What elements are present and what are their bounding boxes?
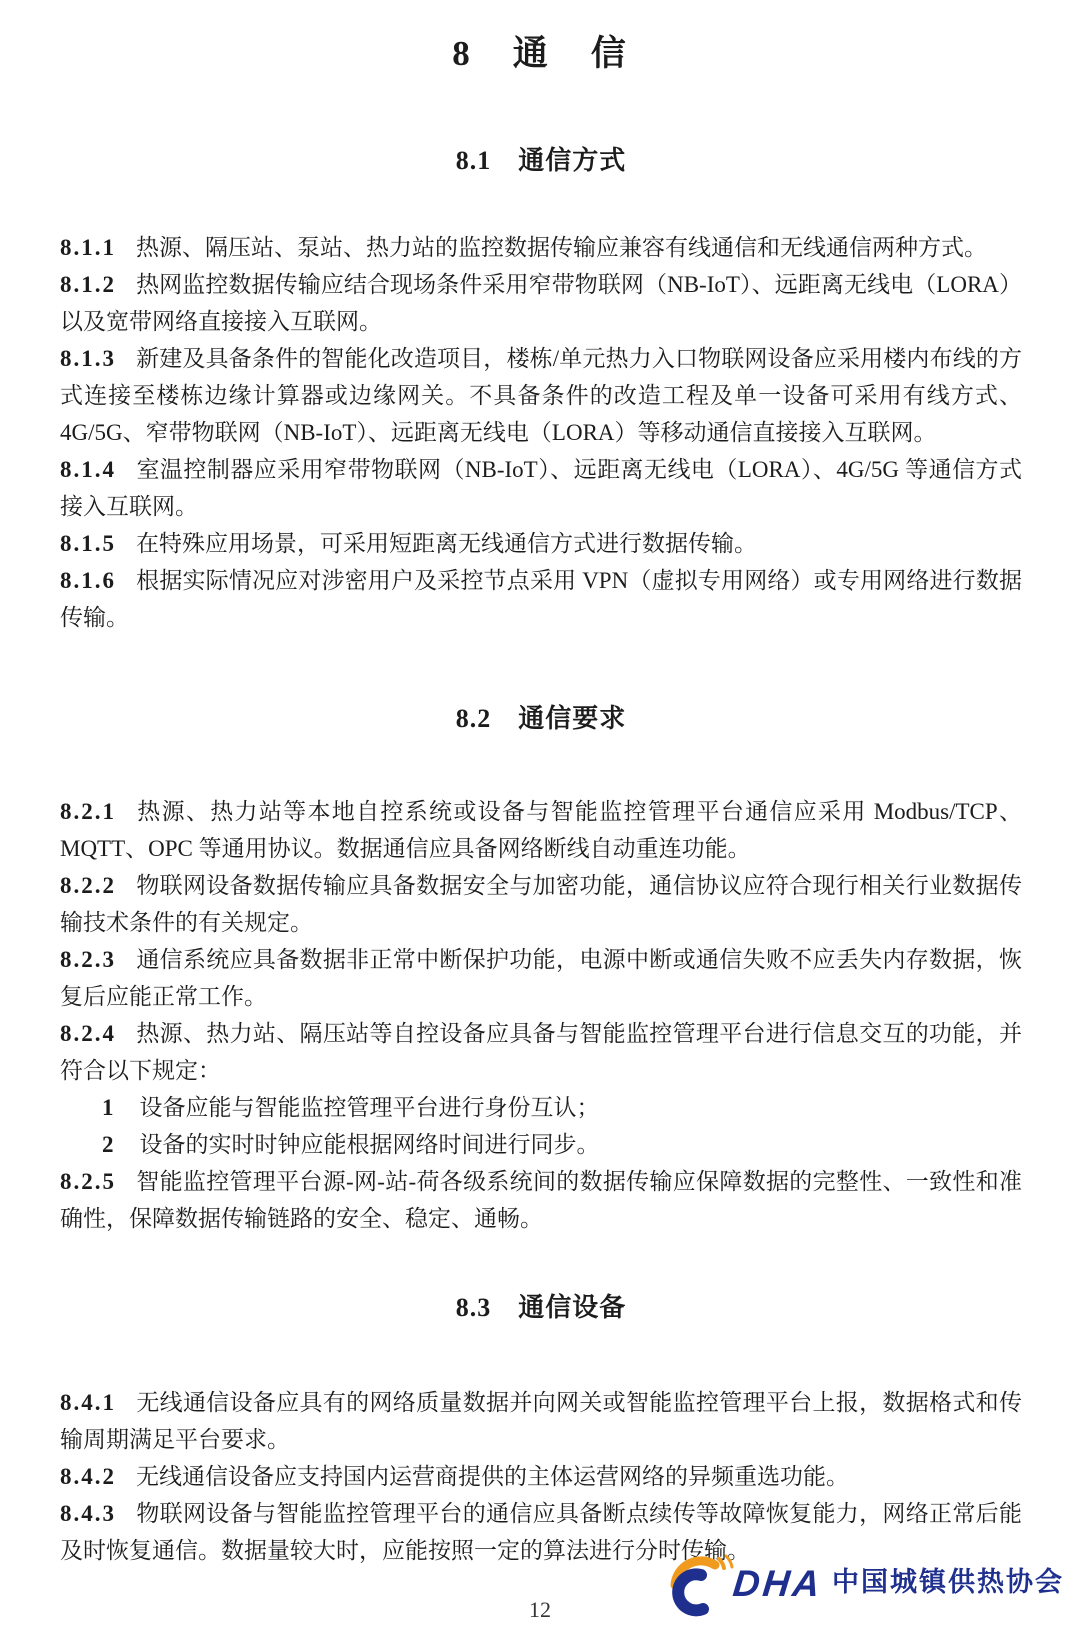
clause-text: 智能监控管理平台源-网-站-荷各级系统间的数据传输应保障数据的完整性、一致性和准… (60, 1169, 1022, 1231)
clause-number: 8.4.3 (60, 1501, 116, 1526)
clause-text: 热网监控数据传输应结合现场条件采用窄带物联网（NB-IoT）、远距离无线电（LO… (60, 272, 1022, 334)
page-number: 12 (529, 1597, 551, 1623)
section-heading-8-2: 8.2 通信要求 (60, 698, 1022, 735)
subclause-8-2-4-1: 1设备应能与智能监控管理平台进行身份互认； (60, 1089, 1022, 1126)
clause-8-1-4: 8.1.4室温控制器应采用窄带物联网（NB-IoT）、远距离无线电（LORA）、… (60, 451, 1022, 525)
clause-number: 8.1.6 (60, 568, 116, 593)
document-page: 8 通 信 8.1 通信方式 8.1.1热源、隔压站、泵站、热力站的监控数据传输… (0, 0, 1080, 1635)
clause-number: 8.1.3 (60, 346, 116, 371)
clause-8-1-1: 8.1.1热源、隔压站、泵站、热力站的监控数据传输应兼容有线通信和无线通信两种方… (60, 229, 1022, 266)
clause-text: 热源、热力站等本地自控系统或设备与智能监控管理平台通信应采用 Modbus/TC… (60, 799, 1022, 861)
cdha-logo: DHA 中国城镇供热协会 (663, 1549, 1064, 1621)
clause-text: 无线通信设备应支持国内运营商提供的主体运营网络的异频重选功能。 (136, 1464, 849, 1489)
clause-8-2-4: 8.2.4热源、热力站、隔压站等自控设备应具备与智能监控管理平台进行信息交互的功… (60, 1015, 1022, 1089)
clause-number: 8.2.4 (60, 1021, 116, 1046)
clause-number: 8.4.2 (60, 1464, 116, 1489)
clause-8-4-2: 8.4.2无线通信设备应支持国内运营商提供的主体运营网络的异频重选功能。 (60, 1458, 1022, 1495)
page-footer: 12 DHA 中国城镇供热协会 (0, 1525, 1080, 1635)
subclause-8-2-4-2: 2设备的实时时钟应能根据网络时间进行同步。 (60, 1126, 1022, 1163)
document-content: 8 通 信 8.1 通信方式 8.1.1热源、隔压站、泵站、热力站的监控数据传输… (0, 0, 1080, 1569)
clause-number: 8.2.3 (60, 947, 116, 972)
clause-8-1-2: 8.1.2热网监控数据传输应结合现场条件采用窄带物联网（NB-IoT）、远距离无… (60, 266, 1022, 340)
clause-8-4-1: 8.4.1无线通信设备应具有的网络质量数据并向网关或智能监控管理平台上报，数据格… (60, 1384, 1022, 1458)
clause-text: 物联网设备数据传输应具备数据安全与加密功能，通信协议应符合现行相关行业数据传输技… (60, 873, 1022, 935)
clause-text: 热源、热力站、隔压站等自控设备应具备与智能监控管理平台进行信息交互的功能，并符合… (60, 1021, 1022, 1083)
clause-text: 室温控制器应采用窄带物联网（NB-IoT）、远距离无线电（LORA）、4G/5G… (60, 457, 1022, 519)
subclause-text: 设备的实时时钟应能根据网络时间进行同步。 (140, 1132, 600, 1157)
clause-8-2-3: 8.2.3通信系统应具备数据非正常中断保护功能，电源中断或通信失败不应丢失内存数… (60, 941, 1022, 1015)
cdha-logo-letters: DHA (731, 1565, 824, 1606)
clause-text: 在特殊应用场景，可采用短距离无线通信方式进行数据传输。 (136, 531, 757, 556)
subclause-number: 2 (102, 1132, 114, 1157)
chapter-title: 8 通 信 (60, 26, 1022, 76)
cdha-logo-icon (663, 1549, 737, 1621)
clause-8-1-5: 8.1.5在特殊应用场景，可采用短距离无线通信方式进行数据传输。 (60, 525, 1022, 562)
section-heading-8-1: 8.1 通信方式 (60, 140, 1022, 177)
cdha-logo-org-name: 中国城镇供热协会 (832, 1569, 1064, 1602)
section-heading-8-3: 8.3 通信设备 (60, 1287, 1022, 1324)
clause-number: 8.1.5 (60, 531, 116, 556)
clause-number: 8.2.1 (60, 799, 116, 824)
clause-8-1-3: 8.1.3新建及具备条件的智能化改造项目，楼栋/单元热力入口物联网设备应采用楼内… (60, 340, 1022, 451)
clause-text: 根据实际情况应对涉密用户及采控节点采用 VPN（虚拟专用网络）或专用网络进行数据… (60, 568, 1022, 630)
clause-text: 热源、隔压站、泵站、热力站的监控数据传输应兼容有线通信和无线通信两种方式。 (136, 235, 987, 260)
clause-number: 8.1.4 (60, 457, 116, 482)
clause-number: 8.4.1 (60, 1390, 116, 1415)
clause-number: 8.2.2 (60, 873, 116, 898)
clause-number: 8.1.1 (60, 235, 116, 260)
clause-number: 8.1.2 (60, 272, 116, 297)
clause-8-1-6: 8.1.6根据实际情况应对涉密用户及采控节点采用 VPN（虚拟专用网络）或专用网… (60, 562, 1022, 636)
clause-8-2-1: 8.2.1热源、热力站等本地自控系统或设备与智能监控管理平台通信应采用 Modb… (60, 793, 1022, 867)
clause-text: 无线通信设备应具有的网络质量数据并向网关或智能监控管理平台上报，数据格式和传输周… (60, 1390, 1022, 1452)
subclause-text: 设备应能与智能监控管理平台进行身份互认； (140, 1095, 600, 1120)
clause-text: 通信系统应具备数据非正常中断保护功能，电源中断或通信失败不应丢失内存数据，恢复后… (60, 947, 1022, 1009)
clause-8-2-2: 8.2.2物联网设备数据传输应具备数据安全与加密功能，通信协议应符合现行相关行业… (60, 867, 1022, 941)
clause-number: 8.2.5 (60, 1169, 116, 1194)
clause-text: 新建及具备条件的智能化改造项目，楼栋/单元热力入口物联网设备应采用楼内布线的方式… (60, 346, 1022, 445)
subclause-number: 1 (102, 1095, 114, 1120)
clause-8-2-5: 8.2.5智能监控管理平台源-网-站-荷各级系统间的数据传输应保障数据的完整性、… (60, 1163, 1022, 1237)
